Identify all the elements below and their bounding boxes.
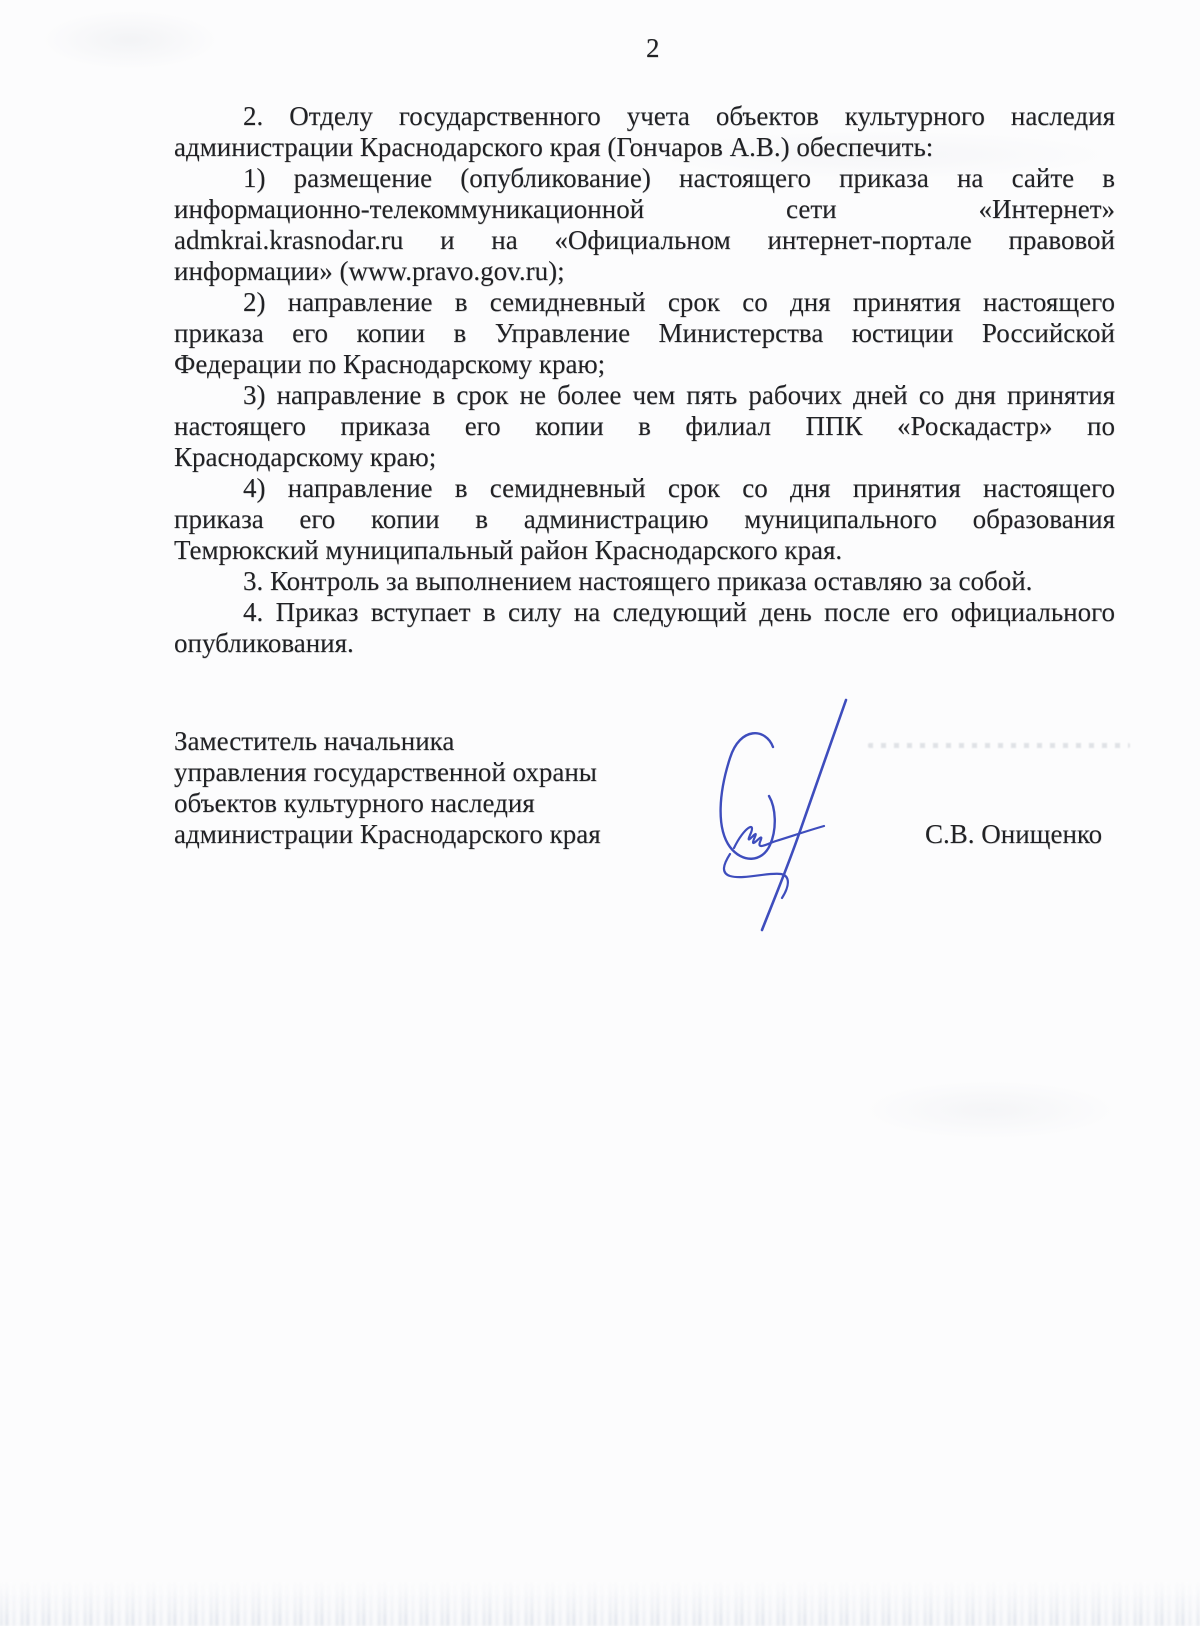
document-line: настоящего приказа его копии в филиал ПП… [174, 411, 1115, 442]
document-line: 4) направление в семидневный срок со дня… [174, 473, 1115, 504]
document-line: Федерации по Краснодарскому краю; [174, 349, 1115, 380]
signature-title-line: Заместитель начальника [174, 726, 601, 757]
document-line: информационно-телекоммуникационной сети … [174, 194, 1115, 225]
document-line: Краснодарскому краю; [174, 442, 1115, 473]
scan-artifact-dashes [868, 743, 1130, 748]
document-line: приказа его копии в Управление Министерс… [174, 318, 1115, 349]
signature-title-line: управления государственной охраны [174, 757, 601, 788]
document-line: 3. Контроль за выполнением настоящего пр… [174, 566, 1115, 597]
signature-block: Заместитель начальника управления госуда… [174, 726, 601, 850]
paragraph: 3. Контроль за выполнением настоящего пр… [174, 566, 1115, 597]
paragraph: 4. Приказ вступает в силу на следующий д… [174, 597, 1115, 659]
paragraph: 2) направление в семидневный срок со дня… [174, 287, 1115, 380]
document-line: 2. Отделу государственного учета объекто… [174, 101, 1115, 132]
scan-bleed-band [0, 1580, 1200, 1626]
scan-smudge [860, 1080, 1120, 1140]
document-line: приказа его копии в администрацию муници… [174, 504, 1115, 535]
document-line: опубликования. [174, 628, 1115, 659]
document-line: информации» (www.pravo.gov.ru); [174, 256, 1115, 287]
document-line: Темрюкский муниципальный район Краснодар… [174, 535, 1115, 566]
scan-smudge [40, 10, 220, 70]
paragraph: 2. Отделу государственного учета объекто… [174, 101, 1115, 163]
scanned-document-page: 2 2. Отделу государственного учета объек… [0, 0, 1200, 1626]
document-line: 2) направление в семидневный срок со дня… [174, 287, 1115, 318]
signature-title-line: администрации Краснодарского края [174, 819, 601, 850]
document-line: 3) направление в срок не более чем пять … [174, 380, 1115, 411]
document-body: 2. Отделу государственного учета объекто… [174, 101, 1115, 659]
document-line: администрации Краснодарского края (Гонча… [174, 132, 1115, 163]
document-line: 4. Приказ вступает в силу на следующий д… [174, 597, 1115, 628]
paragraph: 4) направление в семидневный срок со дня… [174, 473, 1115, 566]
paragraph: 1) размещение (опубликование) настоящего… [174, 163, 1115, 287]
page-number: 2 [646, 33, 660, 64]
document-line: 1) размещение (опубликование) настоящего… [174, 163, 1115, 194]
signature-title-line: объектов культурного наследия [174, 788, 601, 819]
paragraph: 3) направление в срок не более чем пять … [174, 380, 1115, 473]
signature-ink [680, 678, 860, 948]
signer-name: С.В. Онищенко [925, 819, 1102, 850]
document-line: admkrai.krasnodar.ru и на «Официальном и… [174, 225, 1115, 256]
